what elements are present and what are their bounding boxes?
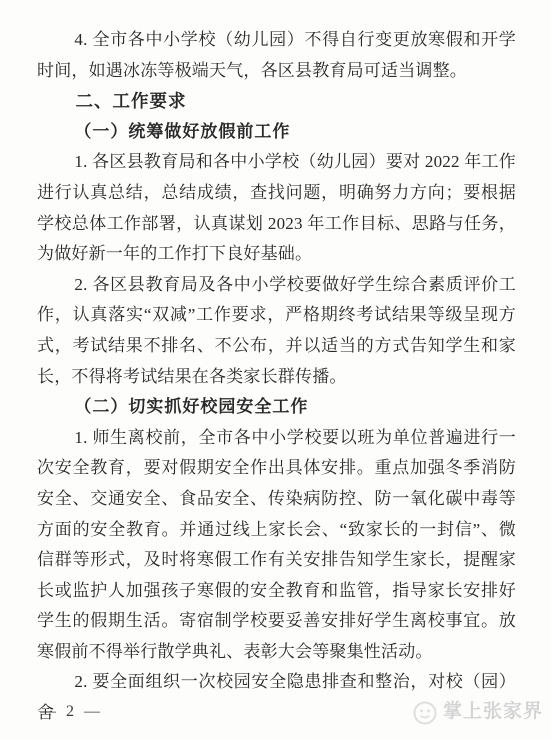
watermark-logo-icon (412, 700, 438, 726)
paragraph: 4. 全市各中小学校（幼儿园）不得自行变更放寒假和开学时间，如遇冰冻等极端天气，… (37, 25, 516, 86)
page-number: — 2 — (40, 697, 103, 728)
section-heading-2: 二、工作要求 (37, 86, 516, 117)
paragraph: 2. 各区县教育局及各中小学校要做好学生综合素质评价工作，认真落实“双减”工作要… (37, 270, 516, 392)
subsection-heading-1: （一）统筹做好放假前工作 (37, 117, 516, 148)
watermark-text: 掌上张家界 (443, 697, 543, 728)
subsection-heading-2: （二）切实抓好校园安全工作 (37, 392, 516, 423)
page-footer: — 2 — 掌上张家界 (0, 698, 551, 740)
document-page: 4. 全市各中小学校（幼儿园）不得自行变更放寒假和开学时间，如遇冰冻等极端天气，… (0, 0, 551, 740)
watermark: 掌上张家界 (412, 697, 543, 728)
paragraph: 1. 师生离校前，全市各中小学校要以班为单位普遍进行一次安全教育，要对假期安全作… (37, 423, 516, 668)
paragraph: 1. 各区县教育局和各中小学校（幼儿园）要对 2022 年工作进行认真总结，总结… (37, 147, 516, 269)
